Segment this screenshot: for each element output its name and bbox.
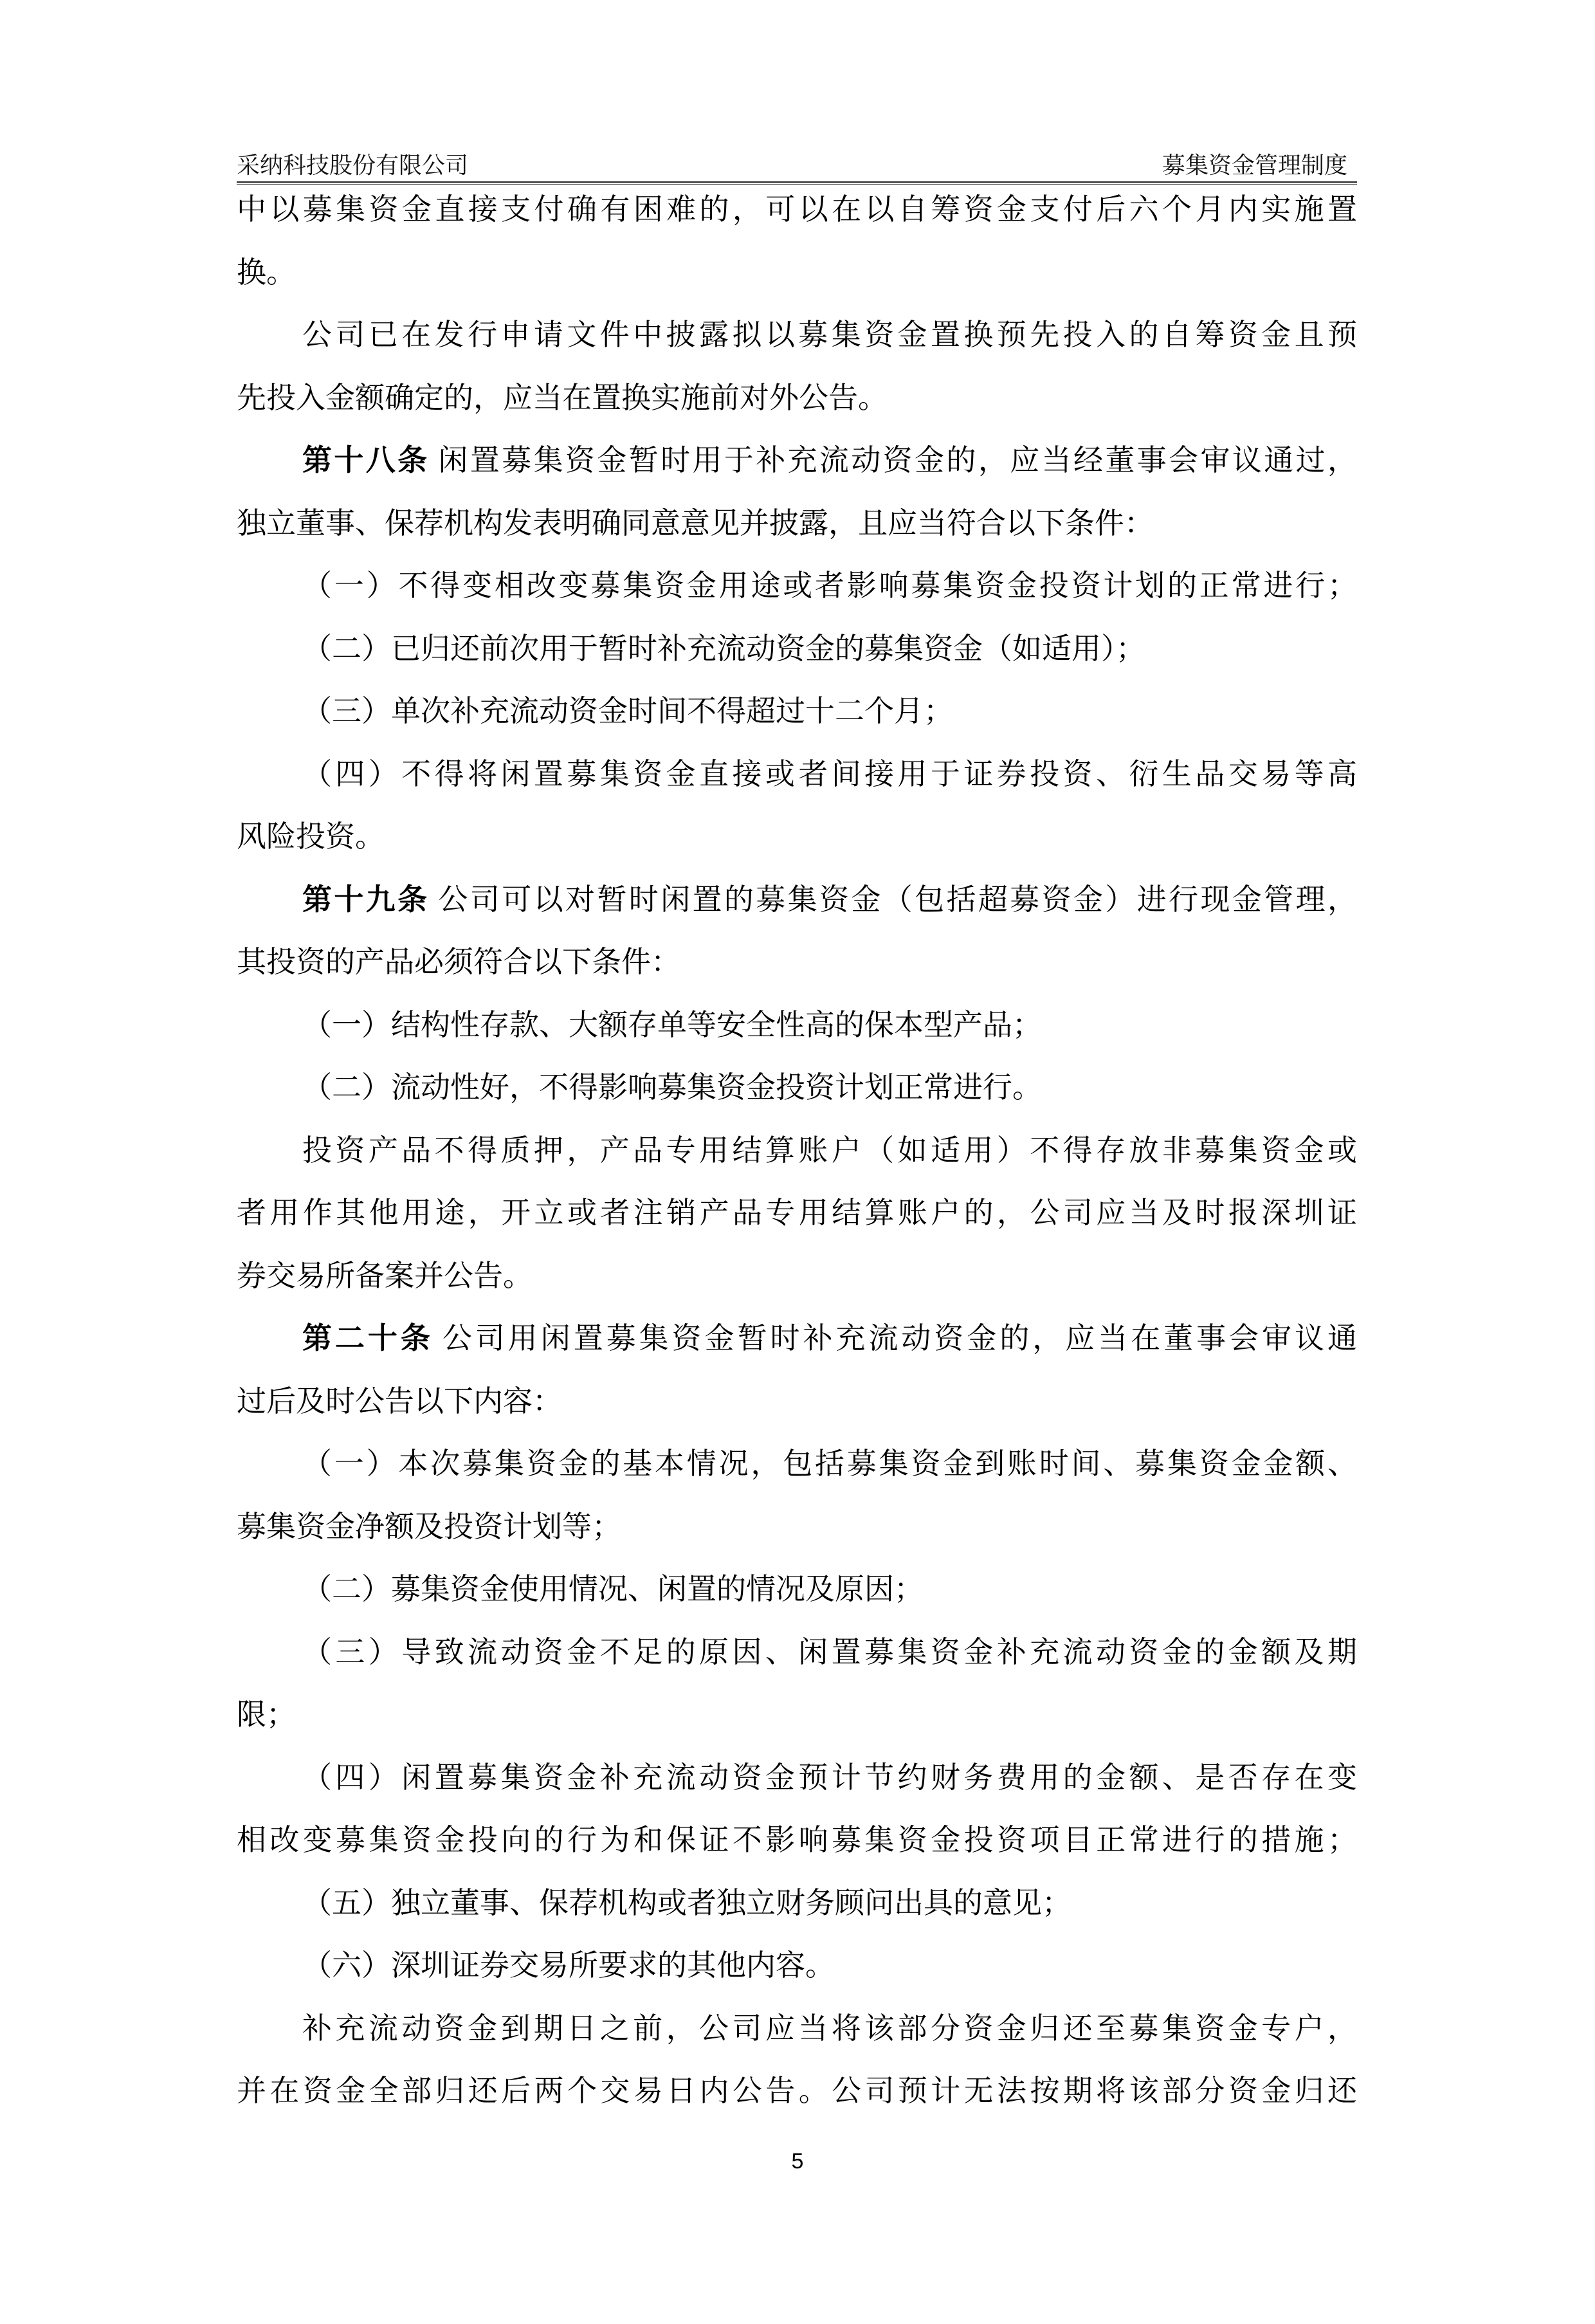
article-paragraph-line: 第十九条公司可以对暂时闲置的募集资金（包括超募资金）进行现金管理， xyxy=(237,868,1357,931)
line-text: （三）导致流动资金不足的原因、闲置募集资金补充流动资金的金额及期 xyxy=(302,1634,1357,1669)
line-text: 券交易所备案并公告。 xyxy=(237,1258,533,1293)
paragraph-line: 中以募集资金直接支付确有困难的，可以在以自筹资金支付后六个月内实施置 xyxy=(237,178,1357,241)
document-page: 采纳科技股份有限公司 募集资金管理制度 中以募集资金直接支付确有困难的，可以在以… xyxy=(0,0,1595,2324)
paragraph-line: 独立董事、保荐机构发表明确同意意见并披露，且应当符合以下条件： xyxy=(237,491,1357,554)
article-heading: 第十八条 xyxy=(302,443,430,477)
paragraph-line: （三）导致流动资金不足的原因、闲置募集资金补充流动资金的金额及期 xyxy=(237,1620,1357,1683)
line-text: （二）流动性好，不得影响募集资金投资计划正常进行。 xyxy=(302,1070,1042,1104)
line-text: 补充流动资金到期日之前，公司应当将该部分资金归还至募集资金专户， xyxy=(302,2011,1357,2045)
paragraph-line: （二）募集资金使用情况、闲置的情况及原因； xyxy=(237,1557,1357,1620)
line-text: （五）独立董事、保荐机构或者独立财务顾问出具的意见； xyxy=(302,1885,1071,1920)
line-text: 闲置募集资金暂时用于补充流动资金的，应当经董事会审议通过， xyxy=(439,443,1358,477)
paragraph-line: （二）流动性好，不得影响募集资金投资计划正常进行。 xyxy=(237,1056,1357,1119)
paragraph-line: （三）单次补充流动资金时间不得超过十二个月； xyxy=(237,679,1357,742)
line-text: 换。 xyxy=(237,255,296,289)
line-text: 募集资金净额及投资计划等； xyxy=(237,1509,621,1544)
line-text: 者用作其他用途，开立或者注销产品专用结算账户的，公司应当及时报深圳证 xyxy=(237,1195,1357,1230)
header-company-name: 采纳科技股份有限公司 xyxy=(237,152,468,180)
paragraph-line: 者用作其他用途，开立或者注销产品专用结算账户的，公司应当及时报深圳证 xyxy=(237,1181,1357,1244)
line-text: （三）单次补充流动资金时间不得超过十二个月； xyxy=(302,693,953,728)
line-text: 并在资金全部归还后两个交易日内公告。公司预计无法按期将该部分资金归还 xyxy=(237,2073,1357,2108)
paragraph-line: 投资产品不得质押，产品专用结算账户（如适用）不得存放非募集资金或 xyxy=(237,1119,1357,1182)
article-heading: 第十九条 xyxy=(302,882,430,917)
line-text: 投资产品不得质押，产品专用结算账户（如适用）不得存放非募集资金或 xyxy=(302,1133,1357,1167)
line-text: 限； xyxy=(237,1697,296,1732)
paragraph-line: （一）结构性存款、大额存单等安全性高的保本型产品； xyxy=(237,993,1357,1056)
paragraph-line: （四）不得将闲置募集资金直接或者间接用于证券投资、衍生品交易等高 xyxy=(237,742,1357,805)
paragraph-line: 风险投资。 xyxy=(237,805,1357,868)
paragraph-line: 先投入金额确定的，应当在置换实施前对外公告。 xyxy=(237,366,1357,429)
article-heading: 第二十条 xyxy=(302,1321,433,1355)
paragraph-line: （六）深圳证券交易所要求的其他内容。 xyxy=(237,1934,1357,1997)
line-text: （一）本次募集资金的基本情况，包括募集资金到账时间、募集资金金额、 xyxy=(302,1446,1357,1481)
line-text: 风险投资。 xyxy=(237,819,385,854)
line-text: （二）已归还前次用于暂时补充流动资金的募集资金（如适用）； xyxy=(302,631,1145,666)
line-text: 先投入金额确定的，应当在置换实施前对外公告。 xyxy=(237,380,888,415)
line-text: 过后及时公告以下内容： xyxy=(237,1384,562,1418)
paragraph-line: （二）已归还前次用于暂时补充流动资金的募集资金（如适用）； xyxy=(237,617,1357,680)
paragraph-line: 公司已在发行申请文件中披露拟以募集资金置换预先投入的自筹资金且预 xyxy=(237,303,1357,366)
paragraph-line: （一）本次募集资金的基本情况，包括募集资金到账时间、募集资金金额、 xyxy=(237,1432,1357,1495)
paragraph-line: 过后及时公告以下内容： xyxy=(237,1369,1357,1432)
paragraph-line: 补充流动资金到期日之前，公司应当将该部分资金归还至募集资金专户， xyxy=(237,1997,1357,2060)
header-document-title: 募集资金管理制度 xyxy=(1162,152,1347,180)
line-text: 其投资的产品必须符合以下条件： xyxy=(237,944,680,979)
paragraph-line: 相改变募集资金投向的行为和保证不影响募集资金投资项目正常进行的措施； xyxy=(237,1808,1357,1871)
line-text: 公司用闲置募集资金暂时补充流动资金的，应当在董事会审议通 xyxy=(442,1321,1357,1355)
line-text: （二）募集资金使用情况、闲置的情况及原因； xyxy=(302,1571,924,1606)
paragraph-line: 并在资金全部归还后两个交易日内公告。公司预计无法按期将该部分资金归还 xyxy=(237,2059,1357,2122)
paragraph-line: 换。 xyxy=(237,241,1357,304)
line-text: （四）闲置募集资金补充流动资金预计节约财务费用的金额、是否存在变 xyxy=(302,1760,1357,1795)
page-number: 5 xyxy=(0,2148,1595,2174)
line-text: 相改变募集资金投向的行为和保证不影响募集资金投资项目正常进行的措施； xyxy=(237,1822,1357,1857)
line-text: 公司已在发行申请文件中披露拟以募集资金置换预先投入的自筹资金且预 xyxy=(302,317,1357,352)
paragraph-line: （四）闲置募集资金补充流动资金预计节约财务费用的金额、是否存在变 xyxy=(237,1746,1357,1809)
line-text: （六）深圳证券交易所要求的其他内容。 xyxy=(302,1948,835,1982)
line-text: 中以募集资金直接支付确有困难的，可以在以自筹资金支付后六个月内实施置 xyxy=(237,192,1357,226)
paragraph-line: 募集资金净额及投资计划等； xyxy=(237,1495,1357,1558)
paragraph-line: 限； xyxy=(237,1683,1357,1746)
line-text: （四）不得将闲置募集资金直接或者间接用于证券投资、衍生品交易等高 xyxy=(302,756,1357,791)
line-text: 公司可以对暂时闲置的募集资金（包括超募资金）进行现金管理， xyxy=(439,882,1358,917)
paragraph-line: 其投资的产品必须符合以下条件： xyxy=(237,930,1357,993)
line-text: 独立董事、保荐机构发表明确同意意见并披露，且应当符合以下条件： xyxy=(237,506,1154,540)
line-text: （一）结构性存款、大额存单等安全性高的保本型产品； xyxy=(302,1007,1042,1042)
line-text: （一）不得变相改变募集资金用途或者影响募集资金投资计划的正常进行； xyxy=(302,568,1357,603)
article-paragraph-line: 第十八条闲置募集资金暂时用于补充流动资金的，应当经董事会审议通过， xyxy=(237,428,1357,491)
paragraph-line: 券交易所备案并公告。 xyxy=(237,1244,1357,1307)
article-paragraph-line: 第二十条公司用闲置募集资金暂时补充流动资金的，应当在董事会审议通 xyxy=(237,1306,1357,1369)
paragraph-line: （五）独立董事、保荐机构或者独立财务顾问出具的意见； xyxy=(237,1871,1357,1934)
paragraph-line: （一）不得变相改变募集资金用途或者影响募集资金投资计划的正常进行； xyxy=(237,554,1357,617)
